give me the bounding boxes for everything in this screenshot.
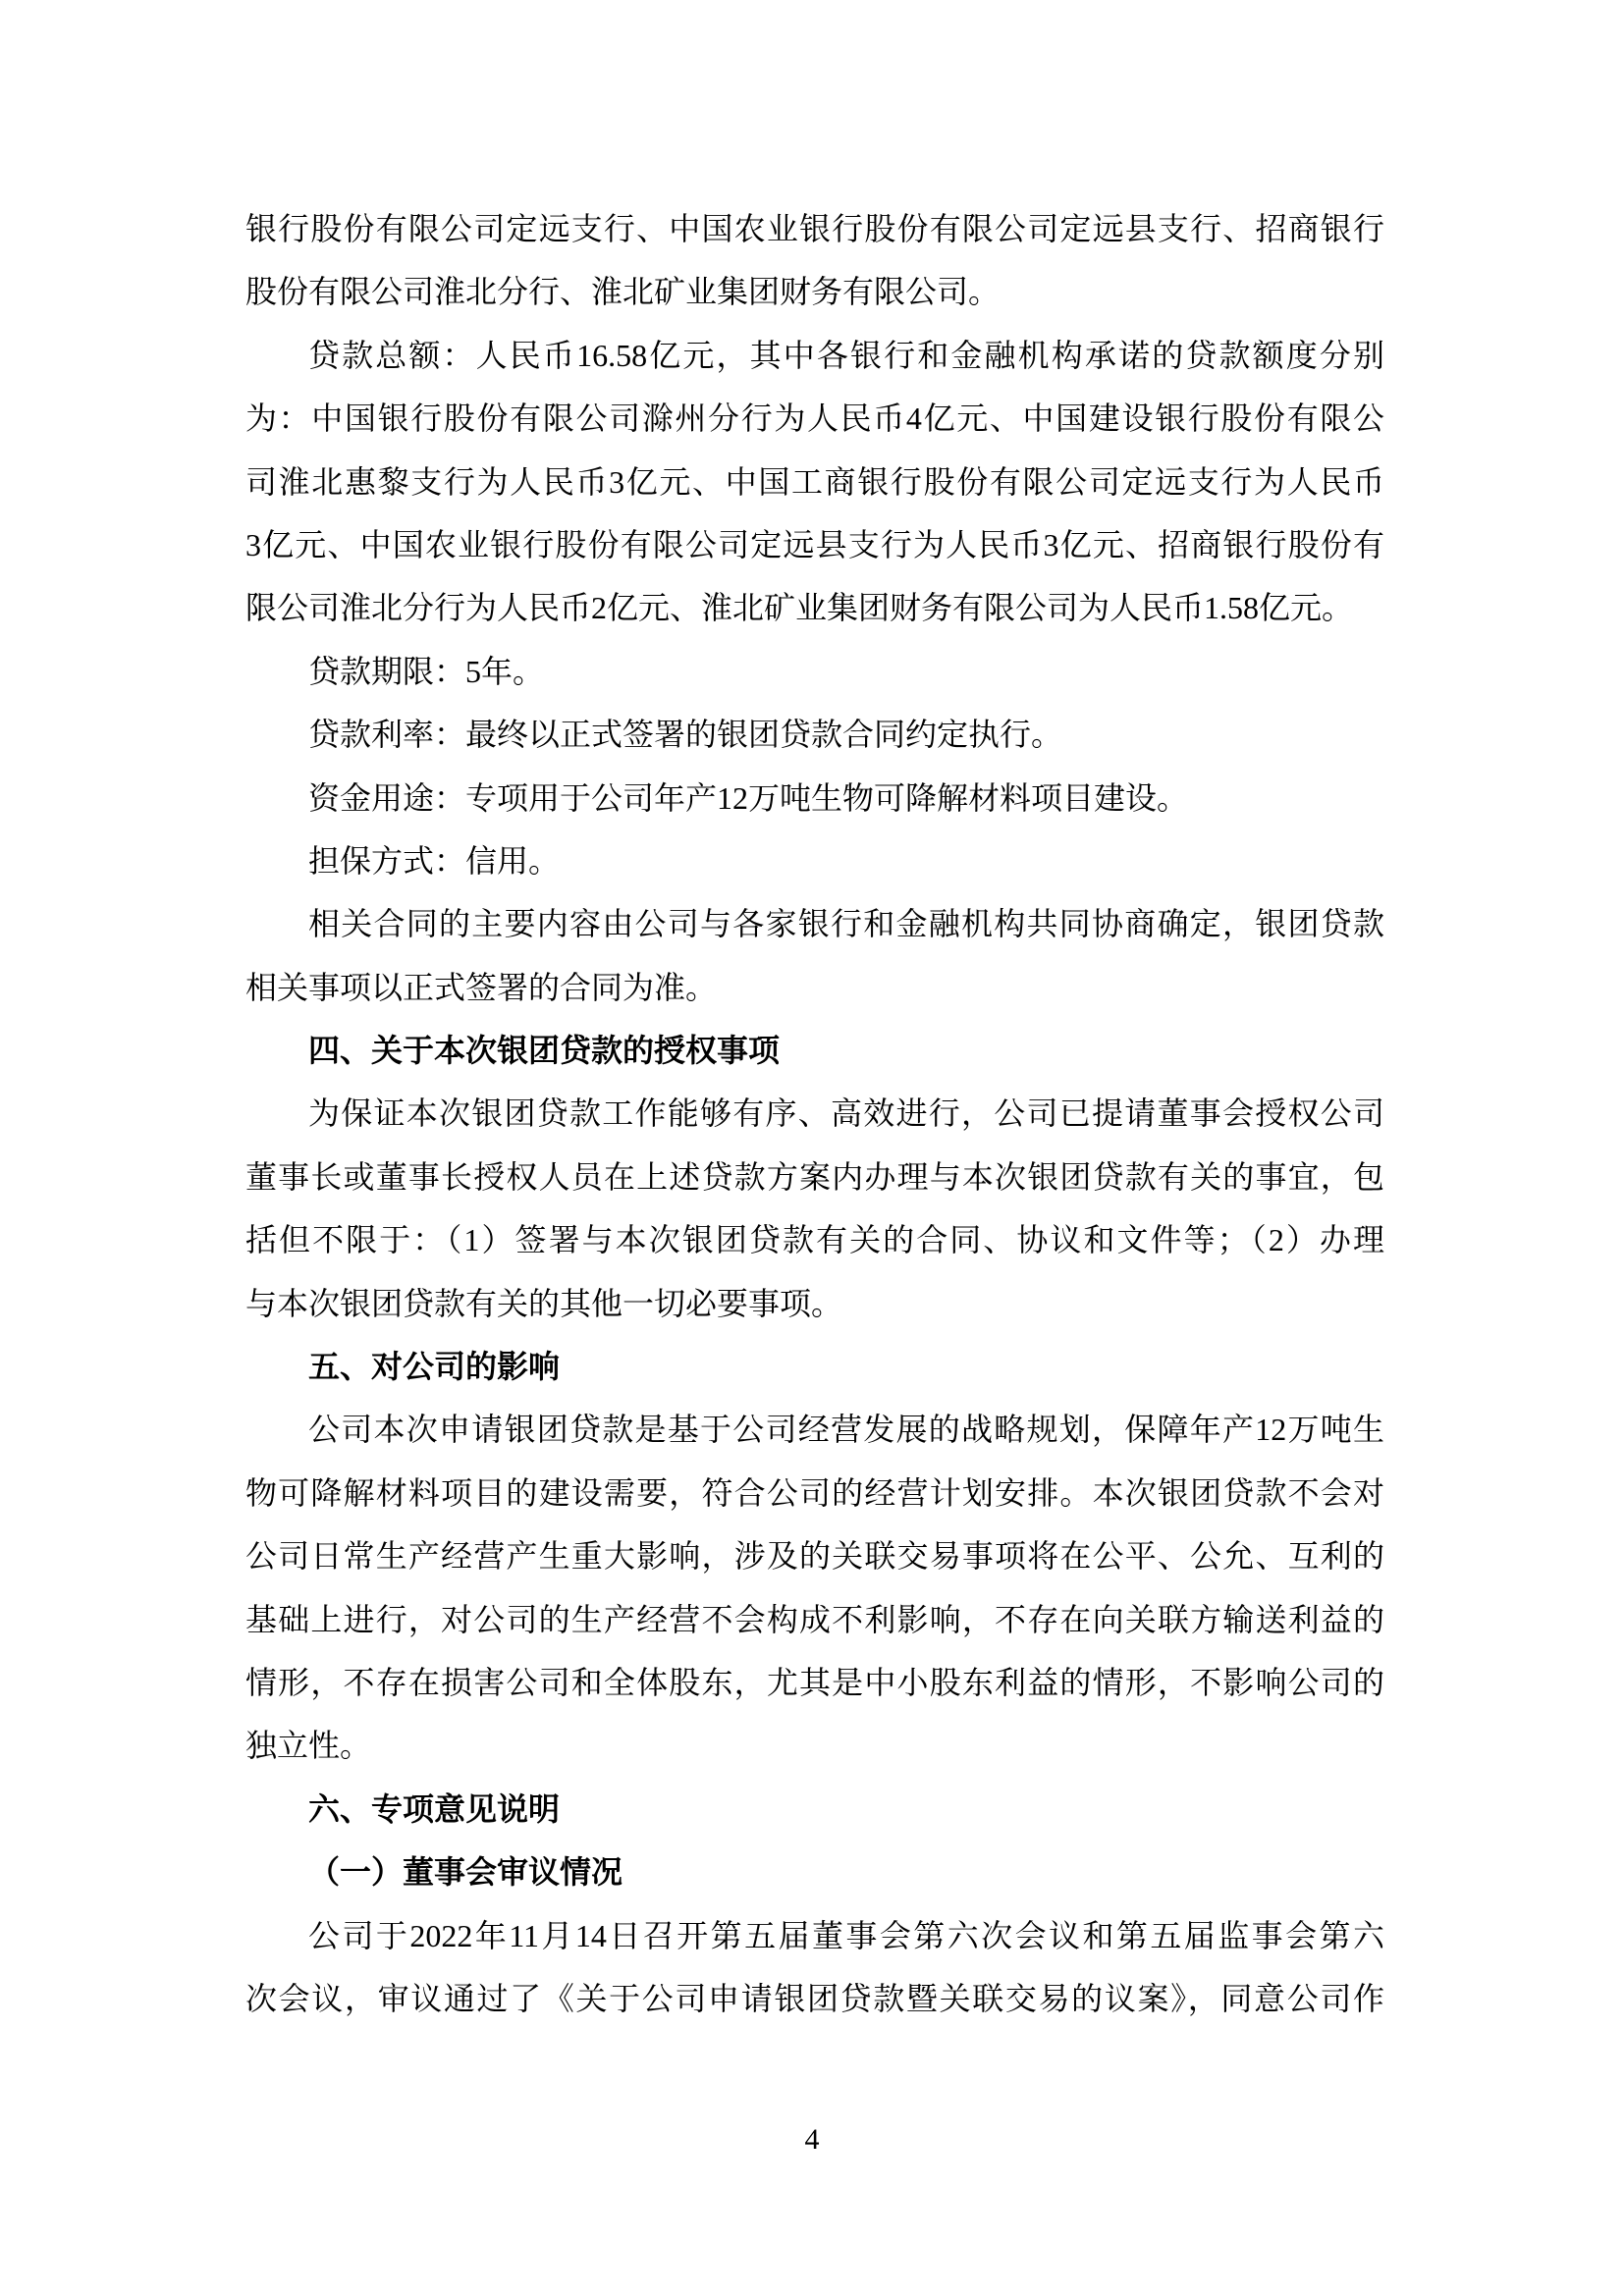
text-line: 公司于2022年11月14日召开第五届董事会第六次会议和第五届监事会第六 — [245, 1904, 1384, 1967]
text-line: 资金用途：专项用于公司年产12万吨生物可降解材料项目建设。 — [245, 767, 1384, 829]
text-line: 银行股份有限公司定远支行、中国农业银行股份有限公司定远县支行、招商银行 — [245, 197, 1384, 260]
text-line: 公司本次申请银团贷款是基于公司经营发展的战略规划，保障年产12万吨生 — [245, 1398, 1384, 1461]
text-line: 独立性。 — [245, 1714, 1384, 1777]
page-number: 4 — [0, 2118, 1624, 2162]
paragraph: 为保证本次银团贷款工作能够有序、高效进行，公司已提请董事会授权公司董事长或董事长… — [245, 1082, 1384, 1335]
paragraph: 公司于2022年11月14日召开第五届董事会第六次会议和第五届监事会第六次会议，… — [245, 1904, 1384, 2031]
text-line: 与本次银团贷款有关的其他一切必要事项。 — [245, 1272, 1384, 1335]
section-heading: 五、对公司的影响 — [245, 1335, 1384, 1398]
paragraph: 贷款利率：最终以正式签署的银团贷款合同约定执行。 — [245, 703, 1384, 766]
paragraph: 贷款总额：人民币16.58亿元，其中各银行和金融机构承诺的贷款额度分别为：中国银… — [245, 324, 1384, 640]
text-line: 情形，不存在损害公司和全体股东，尤其是中小股东利益的情形，不影响公司的 — [245, 1651, 1384, 1714]
text-line: 董事长或董事长授权人员在上述贷款方案内办理与本次银团贷款有关的事宜，包 — [245, 1146, 1384, 1208]
text-line: 六、专项意见说明 — [245, 1778, 1384, 1841]
paragraph: 贷款期限：5年。 — [245, 640, 1384, 703]
section-heading: （一）董事会审议情况 — [245, 1841, 1384, 1903]
text-line: 次会议，审议通过了《关于公司申请银团贷款暨关联交易的议案》，同意公司作 — [245, 1967, 1384, 2030]
paragraph: 相关合同的主要内容由公司与各家银行和金融机构共同协商确定，银团贷款相关事项以正式… — [245, 892, 1384, 1019]
text-line: 括但不限于：（1）签署与本次银团贷款有关的合同、协议和文件等；（2）办理 — [245, 1208, 1384, 1271]
text-line: 3亿元、中国农业银行股份有限公司定远县支行为人民币3亿元、招商银行股份有 — [245, 513, 1384, 576]
section-heading: 四、关于本次银团贷款的授权事项 — [245, 1019, 1384, 1082]
text-line: 股份有限公司淮北分行、淮北矿业集团财务有限公司。 — [245, 260, 1384, 323]
document-page: 银行股份有限公司定远支行、中国农业银行股份有限公司定远县支行、招商银行股份有限公… — [0, 0, 1624, 2296]
text-line: 担保方式：信用。 — [245, 829, 1384, 892]
paragraph: 公司本次申请银团贷款是基于公司经营发展的战略规划，保障年产12万吨生物可降解材料… — [245, 1398, 1384, 1777]
text-line: 贷款总额：人民币16.58亿元，其中各银行和金融机构承诺的贷款额度分别 — [245, 324, 1384, 387]
text-line: 为：中国银行股份有限公司滁州分行为人民币4亿元、中国建设银行股份有限公 — [245, 387, 1384, 450]
text-line: 贷款利率：最终以正式签署的银团贷款合同约定执行。 — [245, 703, 1384, 766]
document-body: 银行股份有限公司定远支行、中国农业银行股份有限公司定远县支行、招商银行股份有限公… — [245, 197, 1384, 2030]
text-line: （一）董事会审议情况 — [245, 1841, 1384, 1903]
text-line: 贷款期限：5年。 — [245, 640, 1384, 703]
text-line: 限公司淮北分行为人民币2亿元、淮北矿业集团财务有限公司为人民币1.58亿元。 — [245, 576, 1384, 639]
text-line: 相关合同的主要内容由公司与各家银行和金融机构共同协商确定，银团贷款 — [245, 892, 1384, 955]
text-line: 基础上进行，对公司的生产经营不会构成不利影响，不存在向关联方输送利益的 — [245, 1588, 1384, 1651]
text-line: 相关事项以正式签署的合同为准。 — [245, 956, 1384, 1019]
text-line: 公司日常生产经营产生重大影响，涉及的关联交易事项将在公平、公允、互利的 — [245, 1524, 1384, 1587]
text-line: 五、对公司的影响 — [245, 1335, 1384, 1398]
text-line: 为保证本次银团贷款工作能够有序、高效进行，公司已提请董事会授权公司 — [245, 1082, 1384, 1145]
paragraph: 银行股份有限公司定远支行、中国农业银行股份有限公司定远县支行、招商银行股份有限公… — [245, 197, 1384, 324]
section-heading: 六、专项意见说明 — [245, 1778, 1384, 1841]
paragraph: 资金用途：专项用于公司年产12万吨生物可降解材料项目建设。 — [245, 767, 1384, 829]
text-line: 司淮北惠黎支行为人民币3亿元、中国工商银行股份有限公司定远支行为人民币 — [245, 451, 1384, 513]
text-line: 四、关于本次银团贷款的授权事项 — [245, 1019, 1384, 1082]
paragraph: 担保方式：信用。 — [245, 829, 1384, 892]
text-line: 物可降解材料项目的建设需要，符合公司的经营计划安排。本次银团贷款不会对 — [245, 1462, 1384, 1524]
